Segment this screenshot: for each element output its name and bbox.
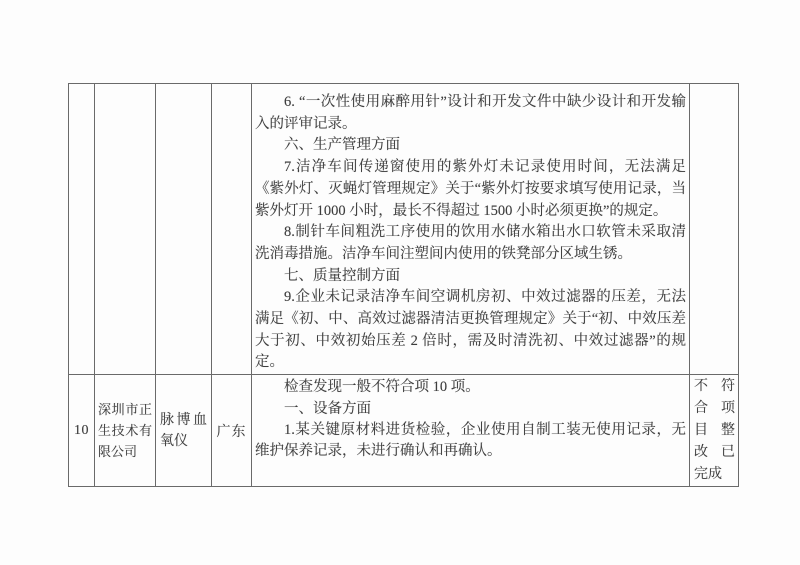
- finding-paragraph: 检查发现一般不符合项 10 项。: [255, 377, 686, 398]
- scanned-document-page: 6. “一次性使用麻醉用针”设计和开发文件中缺少设计和开发输入的评审记录。 六、…: [0, 0, 800, 565]
- finding-paragraph: 1.某关键原材料进货检验，企业使用自制工装无使用记录，无维护保养记录，未进行确认…: [255, 420, 686, 463]
- seq-cell: 10: [69, 375, 95, 487]
- finding-section-heading: 六、生产管理方面: [255, 135, 686, 157]
- status-cell: [690, 84, 739, 375]
- province-cell: 广东: [212, 375, 252, 487]
- table-row: 10 深圳市正生技术有限公司 脉博血氧仪 广东 检查发现一般不符合项 10 项。…: [69, 375, 739, 487]
- inspection-findings-table: 6. “一次性使用麻醉用针”设计和开发文件中缺少设计和开发输入的评审记录。 六、…: [68, 83, 739, 487]
- table-row-continued: 6. “一次性使用麻醉用针”设计和开发文件中缺少设计和开发输入的评审记录。 六、…: [69, 84, 739, 375]
- finding-paragraph: 8.制针车间粗洗工序使用的饮用水储水箱出水口软管未采取清洗消毒措施。洁净车间注塑…: [255, 222, 686, 265]
- status-cell: 不符合项目整改已完成: [690, 375, 739, 487]
- product-cell: 脉博血氧仪: [156, 375, 212, 487]
- finding-paragraph: 6. “一次性使用麻醉用针”设计和开发文件中缺少设计和开发输入的评审记录。: [255, 92, 686, 135]
- seq-cell: [69, 84, 95, 375]
- product-cell: [156, 84, 212, 375]
- finding-paragraph: 7.洁净车间传递窗使用的紫外灯未记录使用时间，无法满足《紫外灯、灭蝇灯管理规定》…: [255, 157, 686, 222]
- company-cell: 深圳市正生技术有限公司: [95, 375, 156, 487]
- finding-section-heading: 七、质量控制方面: [255, 266, 686, 288]
- findings-cell: 检查发现一般不符合项 10 项。 一、设备方面 1.某关键原材料进货检验，企业使…: [252, 375, 690, 487]
- findings-cell: 6. “一次性使用麻醉用针”设计和开发文件中缺少设计和开发输入的评审记录。 六、…: [252, 84, 690, 375]
- finding-paragraph: 9.企业未记录洁净车间空调机房初、中效过滤器的压差，无法满足《初、中、高效过滤器…: [255, 287, 686, 374]
- province-cell: [212, 84, 252, 375]
- company-cell: [95, 84, 156, 375]
- finding-section-heading: 一、设备方面: [255, 399, 686, 420]
